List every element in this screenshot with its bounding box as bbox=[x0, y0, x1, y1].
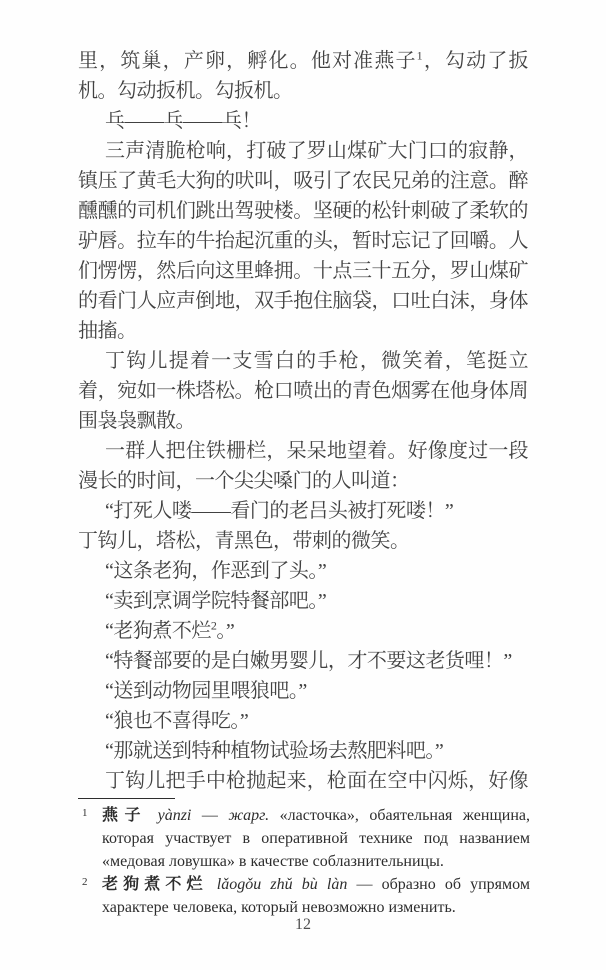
text-run: — bbox=[202, 807, 229, 824]
paragraph: “特餐部要的是白嫩男婴儿，才不要这老货哩！” bbox=[78, 646, 528, 676]
text-run: 一群人把住铁栅栏，呆呆地望着。好像度过一段漫长的时间，一个尖尖嗓门的人叫道： bbox=[78, 440, 528, 492]
footnote-italic-text: lǎogǒu zhǔ bù làn bbox=[208, 876, 357, 893]
main-text: 里，筑巢，产卵，孵化。他对准燕子1，勾动了扳机。勾动扳机。勾扳机。乓——乓——乓… bbox=[78, 46, 528, 798]
page-number: 12 bbox=[0, 916, 606, 934]
text-run: 乓——乓——乓！ bbox=[105, 110, 261, 132]
footnotes-block: 1燕子 yànzi — жарг. «ласточка», обаятельна… bbox=[78, 804, 530, 919]
paragraph: “这条老狗，作恶到了头。” bbox=[78, 556, 528, 586]
paragraph: 里，筑巢，产卵，孵化。他对准燕子1，勾动了扳机。勾动扳机。勾扳机。 bbox=[78, 46, 528, 106]
paragraph: “那就送到特种植物试验场去熬肥料吧。” bbox=[78, 736, 528, 766]
text-run: 。” bbox=[216, 620, 234, 642]
text-run: “狼也不喜得吃。” bbox=[105, 710, 248, 732]
text-run: 丁钩儿提着一支雪白的手枪，微笑着，笔挺立着，宛如一株塔松。枪口喷出的青色烟雾在他… bbox=[78, 350, 528, 432]
footnote-separator bbox=[78, 798, 175, 799]
footnote-headword-cjk: 燕子 bbox=[102, 807, 147, 824]
footnote-marker: 1 bbox=[82, 802, 88, 825]
footnote-item: 2老狗煮不烂 lǎogǒu zhǔ bù làn — образно об уп… bbox=[78, 873, 530, 919]
text-run: 丁钩儿把手中枪抛起来，枪面在空中闪烁，好像一面银镜子。他接住枪，摊在手掌里，给铁… bbox=[78, 770, 528, 798]
text-run: “卖到烹调学院特餐部吧。” bbox=[105, 590, 326, 612]
text-run: “那就送到特种植物试验场去熬肥料吧。” bbox=[105, 740, 443, 762]
paragraph: “狼也不喜得吃。” bbox=[78, 706, 528, 736]
paragraph: 丁钩儿，塔松，青黑色，带刺的微笑。 bbox=[78, 526, 528, 556]
paragraph: 一群人把住铁栅栏，呆呆地望着。好像度过一段漫长的时间，一个尖尖嗓门的人叫道： bbox=[78, 436, 528, 496]
text-run: “打死人喽——看门的老吕头被打死喽！” bbox=[105, 500, 453, 522]
footnote-italic-text: жарг. bbox=[228, 807, 269, 824]
text-run: 三声清脆枪响，打破了罗山煤矿大门口的寂静，镇压了黄毛大狗的吠叫，吸引了农民兄弟的… bbox=[78, 140, 528, 342]
text-run: 里，筑巢，产卵，孵化。他对准燕子 bbox=[78, 50, 417, 72]
text-run: “老狗煮不烂 bbox=[105, 620, 211, 642]
text-run: “这条老狗，作恶到了头。” bbox=[105, 560, 326, 582]
paragraph: 丁钩儿把手中枪抛起来，枪面在空中闪烁，好像一面银镜子。他接住枪，摊在手掌里，给铁… bbox=[78, 766, 528, 798]
text-run: “特餐部要的是白嫩男婴儿，才不要这老货哩！” bbox=[105, 650, 512, 672]
paragraph: 丁钩儿提着一支雪白的手枪，微笑着，笔挺立着，宛如一株塔松。枪口喷出的青色烟雾在他… bbox=[78, 346, 528, 436]
text-run: “送到动物园里喂狼吧。” bbox=[105, 680, 307, 702]
book-page: 里，筑巢，产卵，孵化。他对准燕子1，勾动了扳机。勾动扳机。勾扳机。乓——乓——乓… bbox=[0, 0, 606, 970]
paragraph: “打死人喽——看门的老吕头被打死喽！” bbox=[78, 496, 528, 526]
paragraph: 三声清脆枪响，打破了罗山煤矿大门口的寂静，镇压了黄毛大狗的吠叫，吸引了农民兄弟的… bbox=[78, 136, 528, 346]
paragraph: 乓——乓——乓！ bbox=[78, 106, 528, 136]
text-run: 丁钩儿，塔松，青黑色，带刺的微笑。 bbox=[78, 530, 410, 552]
footnote-marker: 2 bbox=[82, 871, 88, 894]
footnote-item: 1燕子 yànzi — жарг. «ласточка», обаятельна… bbox=[78, 804, 530, 873]
footnote-italic-text: yànzi bbox=[147, 807, 202, 824]
paragraph: “老狗煮不烂2。” bbox=[78, 616, 528, 646]
paragraph: “卖到烹调学院特餐部吧。” bbox=[78, 586, 528, 616]
footnote-headword-cjk: 老狗煮不烂 bbox=[102, 876, 208, 893]
paragraph: “送到动物园里喂狼吧。” bbox=[78, 676, 528, 706]
